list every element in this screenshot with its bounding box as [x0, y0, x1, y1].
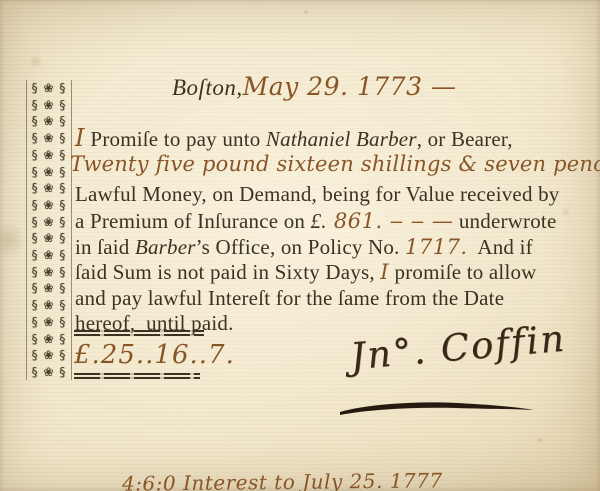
amount-box: £.25..16..7.	[74, 330, 204, 379]
floral-border-row: § ❀ §	[28, 247, 70, 263]
body-line-7: and pay lawful Intereſt for the ſame fro…	[75, 286, 504, 311]
office-name: Barber	[135, 235, 196, 259]
promissory-note-scan: § ❀ §§ ❀ §§ ❀ §§ ❀ §§ ❀ §§ ❀ §§ ❀ §§ ❀ §…	[0, 0, 600, 491]
floral-border-row: § ❀ §	[28, 97, 70, 113]
payee-name: Nathaniel Barber	[266, 127, 417, 151]
policy-number-handwritten: 1717.	[405, 235, 468, 259]
floral-border-row: § ❀ §	[28, 113, 70, 129]
floral-border-row: § ❀ §	[28, 280, 70, 296]
floral-border-row: § ❀ §	[28, 264, 70, 280]
body-line-3: Lawful Money, on Demand, being for Value…	[75, 182, 560, 207]
floral-border-row: § ❀ §	[28, 80, 70, 96]
floral-border-row: § ❀ §	[28, 314, 70, 330]
body-text: ſaid Sum is not paid in Sixty Days,	[75, 260, 380, 284]
body-line-4: a Premium of Inſurance on £. 861. ‒ ‒ — …	[75, 209, 556, 234]
insured-sum-handwritten: 861. ‒ ‒ —	[327, 209, 454, 233]
body-text: a Premium of Inſurance on	[75, 209, 311, 233]
double-rule-bottom	[74, 373, 200, 379]
hand-initial-i: I	[75, 124, 85, 152]
body-text: And if	[468, 235, 533, 259]
header-dateline: Boſton,May 29. 1773 —	[172, 72, 456, 101]
signature-block: Jn°. Coffin	[344, 318, 564, 418]
floral-border-row: § ❀ §	[28, 130, 70, 146]
floral-border-row: § ❀ §	[28, 180, 70, 196]
floral-border-row: § ❀ §	[28, 164, 70, 180]
floral-border-row: § ❀ §	[28, 347, 70, 363]
floral-border-row: § ❀ §	[28, 197, 70, 213]
body-text: , or Bearer,	[417, 127, 513, 151]
place-label: Boſton,	[172, 75, 243, 100]
body-line-5: in ſaid Barber’s Office, on Policy No. 1…	[75, 235, 533, 260]
floral-border-row: § ❀ §	[28, 230, 70, 246]
floral-border: § ❀ §§ ❀ §§ ❀ §§ ❀ §§ ❀ §§ ❀ §§ ❀ §§ ❀ §…	[26, 80, 72, 380]
body-text: underwrote	[453, 209, 556, 233]
body-text: in ſaid	[75, 235, 135, 259]
body-line-6: ſaid Sum is not paid in Sixty Days, I pr…	[75, 260, 537, 285]
body-text: ’s Office, on Policy No.	[196, 235, 405, 259]
amount-words-handwritten: Twenty five pound sixteen shillings & se…	[70, 152, 600, 176]
amount-figures-handwritten: £.25..16..7.	[74, 340, 204, 370]
floral-border-row: § ❀ §	[28, 297, 70, 313]
body-text: promiſe to allow	[389, 260, 536, 284]
interest-note-handwritten: 4:6:0 Interest to July 25. 1777	[122, 468, 443, 491]
body-line-1: I Promiſe to pay unto Nathaniel Barber, …	[75, 124, 513, 152]
signature-handwritten: Jn°. Coffin	[349, 317, 568, 379]
double-rule-top	[74, 330, 204, 336]
floral-border-row: § ❀ §	[28, 214, 70, 230]
floral-border-row: § ❀ §	[28, 331, 70, 347]
hand-initial-i-2: I	[380, 260, 389, 284]
signature-flourish-stroke	[338, 396, 538, 420]
body-text: Promiſe to pay unto	[85, 127, 266, 151]
floral-border-row: § ❀ §	[28, 147, 70, 163]
floral-border-row: § ❀ §	[28, 364, 70, 380]
date-handwritten: May 29. 1773 —	[243, 72, 457, 101]
pound-sign: £.	[311, 209, 327, 233]
